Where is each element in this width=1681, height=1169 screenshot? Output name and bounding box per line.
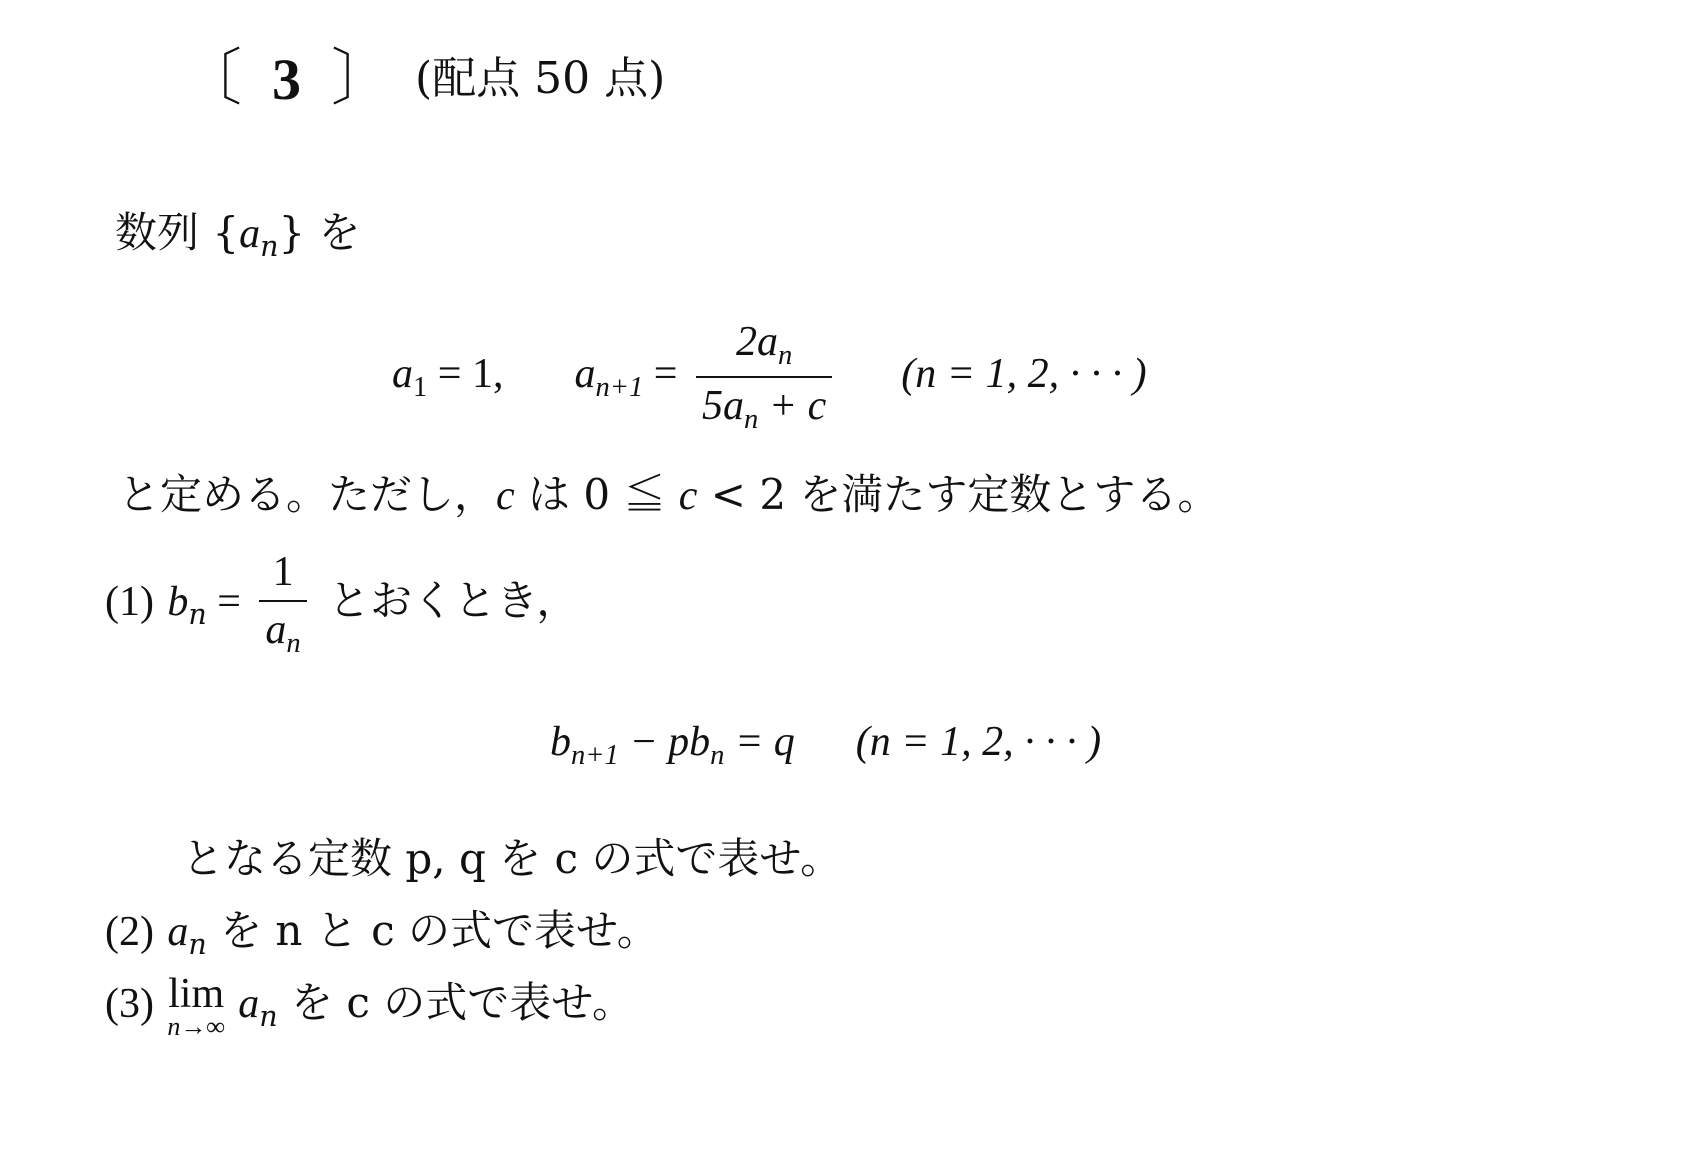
lim-text: lim — [168, 971, 224, 1017]
part1-b: b — [167, 579, 188, 625]
eq-mid: − p — [619, 719, 689, 765]
condition-text1: と定める。ただし， — [118, 470, 496, 519]
intro-sub: n — [260, 229, 278, 263]
a1-var: a — [392, 351, 413, 397]
fraction-numerator: 2an — [696, 318, 832, 372]
part3-label: (3) — [105, 981, 154, 1027]
lim-subscript: n→∞ — [167, 1012, 225, 1042]
definition-range: (n = 1, 2, · · · ) — [901, 351, 1146, 397]
part1-b-sub: n — [188, 597, 206, 631]
part1-den-sub: n — [286, 628, 300, 659]
fraction-denominator: 5an + c — [696, 382, 832, 436]
numerator-text: 2a — [736, 319, 778, 365]
part1-denominator: an — [259, 606, 306, 660]
part3-text: を c の式で表せ。 — [278, 978, 634, 1027]
intro-suffix: } を — [278, 208, 360, 257]
recurrence-fraction: 2an 5an + c — [696, 318, 832, 436]
a1-eq: = 1, — [427, 351, 503, 397]
part1-label: (1) — [105, 579, 154, 625]
numerator-sub: n — [778, 340, 792, 371]
condition-c: c — [496, 473, 515, 519]
eq-b1: b — [550, 719, 571, 765]
part1-line: (1) bn = 1 an とおくとき， — [105, 548, 578, 660]
intro-prefix: 数列 { — [115, 208, 239, 257]
definition-equation: a1 = 1, an+1 = 2an 5an + c (n = 1, 2, · … — [392, 318, 1147, 436]
denominator-post: + c — [758, 383, 826, 429]
intro-var: a — [239, 211, 260, 257]
part3-var: a — [238, 981, 259, 1027]
part2-line: (2) an を n と c の式で表せ。 — [105, 898, 659, 961]
part1-suffix: とおくとき， — [328, 576, 578, 625]
part3-line: (3) lim n→∞ an を c の式で表せ。 — [105, 970, 634, 1042]
part2-label: (2) — [105, 909, 154, 955]
eq-b1-sub: n+1 — [571, 740, 619, 771]
part1-numerator: 1 — [259, 548, 306, 596]
problem-header: 〔3〕(配点 50 点) — [180, 28, 665, 117]
part2-text: を n と c の式で表せ。 — [207, 906, 659, 955]
eq-rhs: = q — [724, 719, 794, 765]
limit-operator: lim n→∞ — [167, 970, 225, 1042]
an1-eq: = — [643, 351, 688, 397]
part1-den-var: a — [265, 607, 286, 653]
bracket-open: 〔 — [180, 41, 242, 114]
condition-line: と定める。ただし，c は 0 ≦ c < 2 を満たす定数とする。 — [118, 462, 1219, 522]
eq-b2: b — [689, 719, 710, 765]
problem-number: 3 — [272, 47, 301, 112]
part1-equation: bn+1 − pbn = q (n = 1, 2, · · · ) — [550, 718, 1101, 772]
fraction-bar — [259, 600, 306, 602]
part2-sub: n — [188, 927, 206, 961]
part1-instruction: となる定数 p, q を c の式で表せ。 — [182, 826, 842, 886]
a1-sub: 1 — [413, 372, 427, 403]
points-label: (配点 50 点) — [415, 53, 665, 104]
part2-var: a — [167, 909, 188, 955]
fraction-bar — [696, 376, 832, 378]
condition-text2: は 0 ≦ — [515, 470, 679, 519]
part1-fraction: 1 an — [259, 548, 306, 660]
denominator-sub: n — [744, 404, 758, 435]
part3-sub: n — [259, 999, 277, 1033]
denominator-pre: 5a — [702, 383, 744, 429]
eq-b2-sub: n — [710, 740, 724, 771]
condition-text3: < 2 を満たす定数とする。 — [697, 470, 1219, 519]
an1-var: a — [574, 351, 595, 397]
an1-sub: n+1 — [595, 372, 643, 403]
bracket-close: 〕 — [331, 41, 393, 114]
condition-c2: c — [679, 473, 698, 519]
part1-eq: = — [207, 579, 252, 625]
intro-line: 数列 {an} を — [115, 200, 361, 263]
eq-range: (n = 1, 2, · · · ) — [856, 719, 1101, 765]
